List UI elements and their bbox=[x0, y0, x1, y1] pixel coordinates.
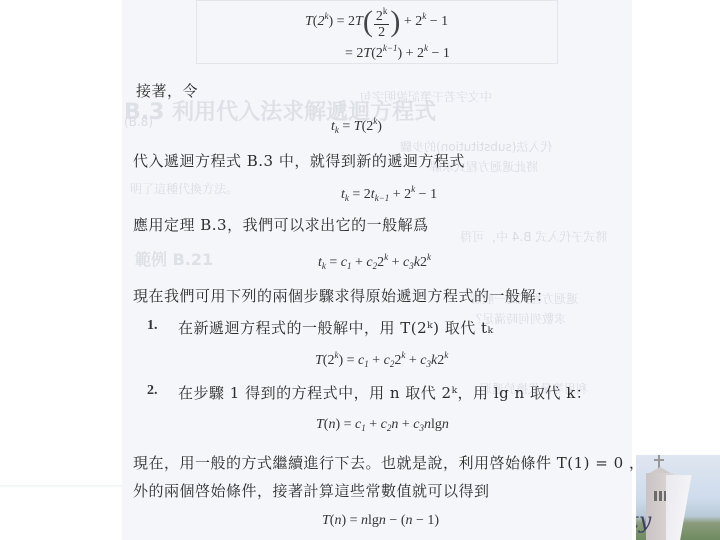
paragraph-continue-line1: 現在，用一般的方式繼續進行下去。也就是說，利用啓始條件 T(1) = 0 ，求得… bbox=[133, 452, 691, 473]
equation-top-line2: = 2T(2k−1) + 2k − 1 bbox=[345, 43, 450, 62]
equation-step2-result: T(n) = c1 + c2n + c3nlgn bbox=[316, 417, 449, 433]
paragraph-continue-line2: 外的兩個啓始條件，接著計算這些常數值就可以得到 bbox=[133, 480, 490, 501]
corner-logo-text: ty bbox=[636, 509, 651, 534]
equation-final: T(n) = nlgn − (n − 1) bbox=[322, 513, 439, 529]
step-2-text: 在步驟 1 得到的方程式中，用 n 取代 2ᵏ，用 lg n 取代 k： bbox=[178, 382, 591, 403]
equation-step1-result: T(2k) = c1 + c22k + c3k2k bbox=[315, 350, 448, 369]
paragraph-substitute: 代入遞迴方程式 B.3 中，就得到新的遞迴方程式 bbox=[133, 150, 465, 171]
step-2-number: 2. bbox=[147, 383, 158, 399]
paragraph-next-let: 接著，令 bbox=[136, 80, 198, 101]
paragraph-two-steps: 現在我們可用下列的兩個步驟求得原始遞迴方程式的一般解： bbox=[133, 285, 552, 306]
equation-substitution: tk = T(2k) bbox=[331, 116, 382, 135]
paragraph-apply-theorem: 應用定理 B.3，我們可以求出它的一般解爲 bbox=[133, 214, 429, 235]
step-1-number: 1. bbox=[147, 318, 158, 334]
page-edge-shadow bbox=[0, 485, 122, 488]
equation-top-line1: T(2k) = 2T(2k2) + 2k − 1 bbox=[305, 4, 448, 40]
equation-new-recurrence: tk = 2tk−1 + 2k − 1 bbox=[341, 184, 437, 203]
step-1-text: 在新遞迴方程式的一般解中，用 T(2ᵏ) 取代 tₖ bbox=[178, 317, 494, 338]
equation-general-solution: tk = c1 + c22k + c3k2k bbox=[318, 252, 431, 271]
corner-photo-church: ty bbox=[636, 455, 720, 540]
